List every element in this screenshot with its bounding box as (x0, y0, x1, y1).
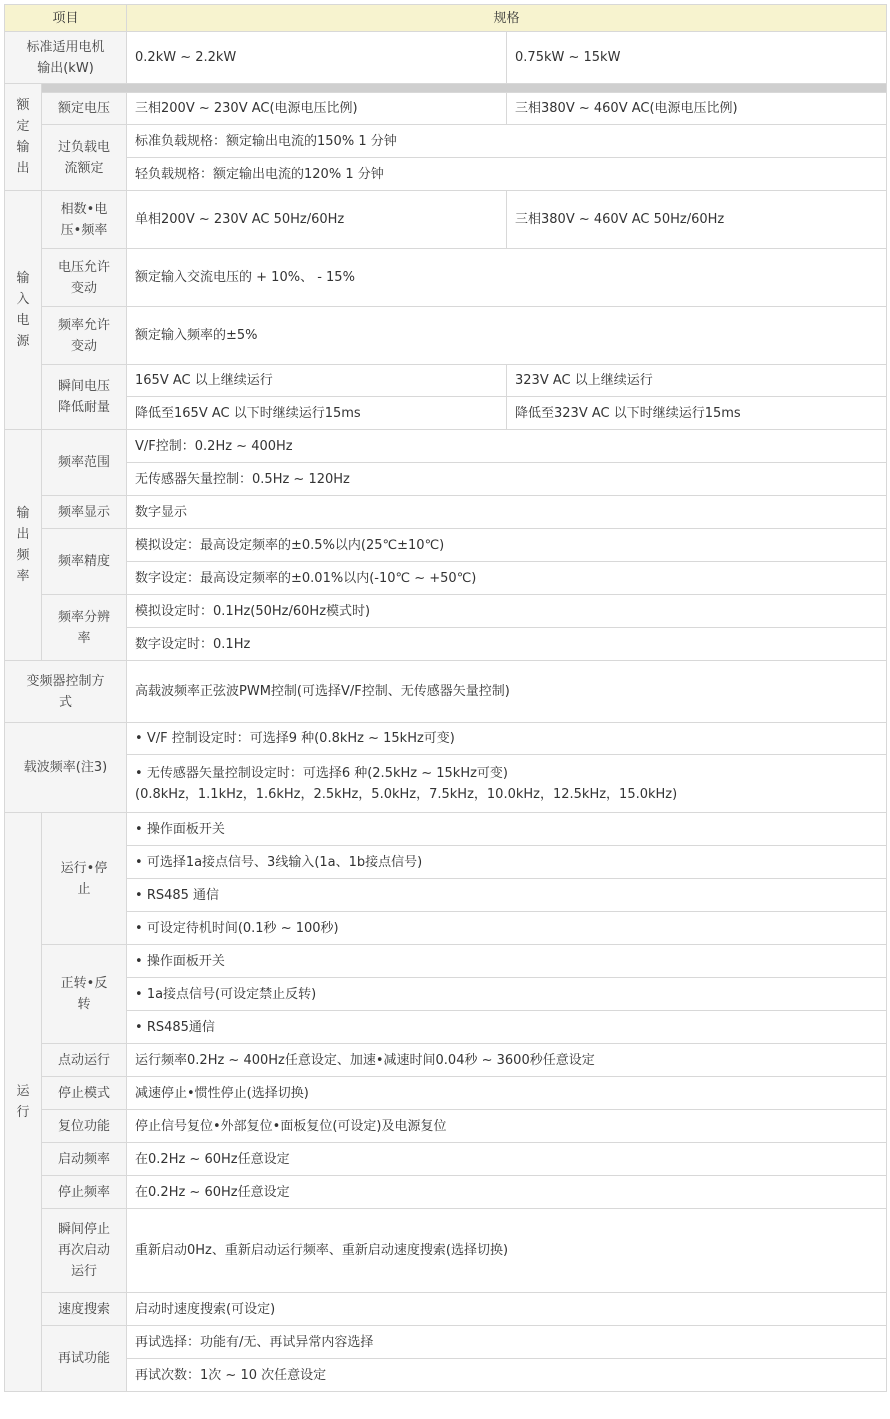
row-restart: 瞬间停止再次启动运行 重新启动0Hz、重新启动运行频率、重新启动速度搜索(选择切… (5, 1209, 887, 1293)
freq-display-label: 频率显示 (42, 496, 127, 529)
row-freq-range-sensorless: 无传感器矢量控制：0.5Hz ~ 120Hz (5, 463, 887, 496)
row-reset: 复位功能 停止信号复位•外部复位•面板复位(可设定)及电源复位 (5, 1110, 887, 1143)
run-stop-rs485: • RS485 通信 (127, 879, 887, 912)
row-speed-search: 速度搜索 启动时速度搜索(可设定) (5, 1293, 887, 1326)
row-stop-freq: 停止频率 在0.2Hz ~ 60Hz任意设定 (5, 1176, 887, 1209)
row-freq-resolution-analog: 频率分辨率 模拟设定时：0.1Hz(50Hz/60Hz模式时) (5, 595, 887, 628)
freq-range-vf: V/F控制：0.2Hz ~ 400Hz (127, 430, 887, 463)
overload-standard: 标准负载规格：额定输出电流的150% 1 分钟 (127, 125, 887, 158)
reset-label: 复位功能 (42, 1110, 127, 1143)
jog-value: 运行频率0.2Hz ~ 400Hz任意设定、加速•减速时间0.04秒 ~ 360… (127, 1044, 887, 1077)
fwd-rev-panel: • 操作面板开关 (127, 945, 887, 978)
control-method-value: 高载波频率正弦波PWM控制(可选择V/F控制、无传感器矢量控制) (127, 661, 887, 723)
stop-freq-label: 停止频率 (42, 1176, 127, 1209)
motor-output-label: 标准适用电机输出(kW) (5, 32, 127, 84)
voltage-dip-400v-continue: 323V AC 以上继续运行 (507, 365, 887, 397)
group-input-power: 输入电源 (5, 191, 42, 430)
header-spec: 规格 (127, 5, 887, 32)
freq-accuracy-label: 频率精度 (42, 529, 127, 595)
row-voltage-dip-2: 降低至165V AC 以下时继续运行15ms 降低至323V AC 以下时继续运… (5, 397, 887, 430)
input-phase-400v: 三相380V ~ 460V AC 50Hz/60Hz (507, 191, 887, 249)
retry-select: 再试选择：功能有/无、再试异常内容选择 (127, 1326, 887, 1359)
restart-value: 重新启动0Hz、重新启动运行频率、重新启动速度搜索(选择切换) (127, 1209, 887, 1293)
input-phase-label: 相数•电压•频率 (42, 191, 127, 249)
run-stop-standby: • 可设定待机时间(0.1秒 ~ 100秒) (127, 912, 887, 945)
freq-resolution-label: 频率分辨率 (42, 595, 127, 661)
fwd-rev-rs485: • RS485通信 (127, 1011, 887, 1044)
group-operation: 运行 (5, 813, 42, 1392)
table-header: 项目 规格 (5, 5, 887, 32)
row-run-stop-3: • RS485 通信 (5, 879, 887, 912)
voltage-dip-200v-continue: 165V AC 以上继续运行 (127, 365, 507, 397)
row-fwd-rev-3: • RS485通信 (5, 1011, 887, 1044)
frequency-tolerance-value: 额定输入频率的±5% (127, 307, 887, 365)
run-stop-label: 运行•停止 (42, 813, 127, 945)
row-retry-select: 再试功能 再试选择：功能有/无、再试异常内容选择 (5, 1326, 887, 1359)
row-jog: 点动运行 运行频率0.2Hz ~ 400Hz任意设定、加速•减速时间0.04秒 … (5, 1044, 887, 1077)
freq-range-sensorless: 无传感器矢量控制：0.5Hz ~ 120Hz (127, 463, 887, 496)
freq-resolution-digital: 数字设定时：0.1Hz (127, 628, 887, 661)
rated-voltage-400v: 三相380V ~ 460V AC(电源电压比例) (507, 93, 887, 125)
row-start-freq: 启动频率 在0.2Hz ~ 60Hz任意设定 (5, 1143, 887, 1176)
row-voltage-tolerance: 电压允许变动 额定输入交流电压的 + 10%、 - 15% (5, 249, 887, 307)
rated-voltage-200v: 三相200V ~ 230V AC(电源电压比例) (127, 93, 507, 125)
row-rated-voltage: 额定电压 三相200V ~ 230V AC(电源电压比例) 三相380V ~ 4… (5, 93, 887, 125)
voltage-tolerance-label: 电压允许变动 (42, 249, 127, 307)
row-run-stop-4: • 可设定待机时间(0.1秒 ~ 100秒) (5, 912, 887, 945)
row-voltage-dip-1: 瞬间电压降低耐量 165V AC 以上继续运行 323V AC 以上继续运行 (5, 365, 887, 397)
row-stop-mode: 停止模式 减速停止•惯性停止(选择切换) (5, 1077, 887, 1110)
row-overload-light: 轻负载规格：额定输出电流的120% 1 分钟 (5, 158, 887, 191)
freq-accuracy-analog: 模拟设定：最高设定频率的±0.5%以内(25℃±10℃) (127, 529, 887, 562)
spec-table: 项目 规格 标准适用电机输出(kW) 0.2kW ~ 2.2kW 0.75kW … (4, 4, 887, 1392)
fwd-rev-label: 正转•反转 (42, 945, 127, 1044)
row-fwd-rev-2: • 1a接点信号(可设定禁止反转) (5, 978, 887, 1011)
motor-output-400v: 0.75kW ~ 15kW (507, 32, 887, 84)
row-overload-standard: 过负载电流额定 标准负载规格：额定输出电流的150% 1 分钟 (5, 125, 887, 158)
row-freq-accuracy-digital: 数字设定：最高设定频率的±0.01%以内(-10℃ ~ +50℃) (5, 562, 887, 595)
row-freq-accuracy-analog: 频率精度 模拟设定：最高设定频率的±0.5%以内(25℃±10℃) (5, 529, 887, 562)
row-carrier-sensorless: • 无传感器矢量控制设定时：可选择6 种(2.5kHz ~ 15kHz可变)(0… (5, 755, 887, 813)
voltage-dip-200v-15ms: 降低至165V AC 以下时继续运行15ms (127, 397, 507, 430)
voltage-tolerance-value: 额定输入交流电压的 + 10%、 - 15% (127, 249, 887, 307)
start-freq-value: 在0.2Hz ~ 60Hz任意设定 (127, 1143, 887, 1176)
run-stop-panel: • 操作面板开关 (127, 813, 887, 846)
reset-value: 停止信号复位•外部复位•面板复位(可设定)及电源复位 (127, 1110, 887, 1143)
row-run-stop-1: 运行 运行•停止 • 操作面板开关 (5, 813, 887, 846)
motor-output-200v: 0.2kW ~ 2.2kW (127, 32, 507, 84)
stop-mode-label: 停止模式 (42, 1077, 127, 1110)
freq-accuracy-digital: 数字设定：最高设定频率的±0.01%以内(-10℃ ~ +50℃) (127, 562, 887, 595)
start-freq-label: 启动频率 (42, 1143, 127, 1176)
stop-mode-value: 减速停止•惯性停止(选择切换) (127, 1077, 887, 1110)
row-freq-resolution-digital: 数字设定时：0.1Hz (5, 628, 887, 661)
row-freq-range-vf: 输出频率 频率范围 V/F控制：0.2Hz ~ 400Hz (5, 430, 887, 463)
overload-light: 轻负载规格：额定输出电流的120% 1 分钟 (127, 158, 887, 191)
group-output-frequency: 输出频率 (5, 430, 42, 661)
carrier-label: 载波频率(注3) (5, 723, 127, 813)
speed-search-label: 速度搜索 (42, 1293, 127, 1326)
input-phase-200v: 单相200V ~ 230V AC 50Hz/60Hz (127, 191, 507, 249)
voltage-dip-label: 瞬间电压降低耐量 (42, 365, 127, 430)
carrier-sensorless: • 无传感器矢量控制设定时：可选择6 种(2.5kHz ~ 15kHz可变)(0… (127, 755, 887, 813)
freq-display-value: 数字显示 (127, 496, 887, 529)
row-retry-count: 再试次数：1次 ~ 10 次任意设定 (5, 1359, 887, 1392)
fwd-rev-contact: • 1a接点信号(可设定禁止反转) (127, 978, 887, 1011)
row-run-stop-2: • 可选择1a接点信号、3线输入(1a、1b接点信号) (5, 846, 887, 879)
speed-search-value: 启动时速度搜索(可设定) (127, 1293, 887, 1326)
header-item: 项目 (5, 5, 127, 32)
voltage-dip-400v-15ms: 降低至323V AC 以下时继续运行15ms (507, 397, 887, 430)
group-rated-output: 额定输出 (5, 84, 42, 191)
overload-label: 过负载电流额定 (42, 125, 127, 191)
row-rated-output-separator: 额定输出 (5, 84, 887, 93)
row-frequency-tolerance: 频率允许变动 额定输入频率的±5% (5, 307, 887, 365)
freq-resolution-analog: 模拟设定时：0.1Hz(50Hz/60Hz模式时) (127, 595, 887, 628)
rated-voltage-label: 额定电压 (42, 93, 127, 125)
row-fwd-rev-1: 正转•反转 • 操作面板开关 (5, 945, 887, 978)
retry-label: 再试功能 (42, 1326, 127, 1392)
row-motor-output: 标准适用电机输出(kW) 0.2kW ~ 2.2kW 0.75kW ~ 15kW (5, 32, 887, 84)
row-input-phase: 输入电源 相数•电压•频率 单相200V ~ 230V AC 50Hz/60Hz… (5, 191, 887, 249)
control-method-label: 变频器控制方式 (5, 661, 127, 723)
stop-freq-value: 在0.2Hz ~ 60Hz任意设定 (127, 1176, 887, 1209)
carrier-vf: • V/F 控制设定时：可选择9 种(0.8kHz ~ 15kHz可变) (127, 723, 887, 755)
separator-bar (42, 84, 887, 93)
run-stop-contact: • 可选择1a接点信号、3线输入(1a、1b接点信号) (127, 846, 887, 879)
jog-label: 点动运行 (42, 1044, 127, 1077)
row-carrier-vf: 载波频率(注3) • V/F 控制设定时：可选择9 种(0.8kHz ~ 15k… (5, 723, 887, 755)
row-freq-display: 频率显示 数字显示 (5, 496, 887, 529)
frequency-tolerance-label: 频率允许变动 (42, 307, 127, 365)
retry-count: 再试次数：1次 ~ 10 次任意设定 (127, 1359, 887, 1392)
row-control-method: 变频器控制方式 高载波频率正弦波PWM控制(可选择V/F控制、无传感器矢量控制) (5, 661, 887, 723)
restart-label: 瞬间停止再次启动运行 (42, 1209, 127, 1293)
freq-range-label: 频率范围 (42, 430, 127, 496)
